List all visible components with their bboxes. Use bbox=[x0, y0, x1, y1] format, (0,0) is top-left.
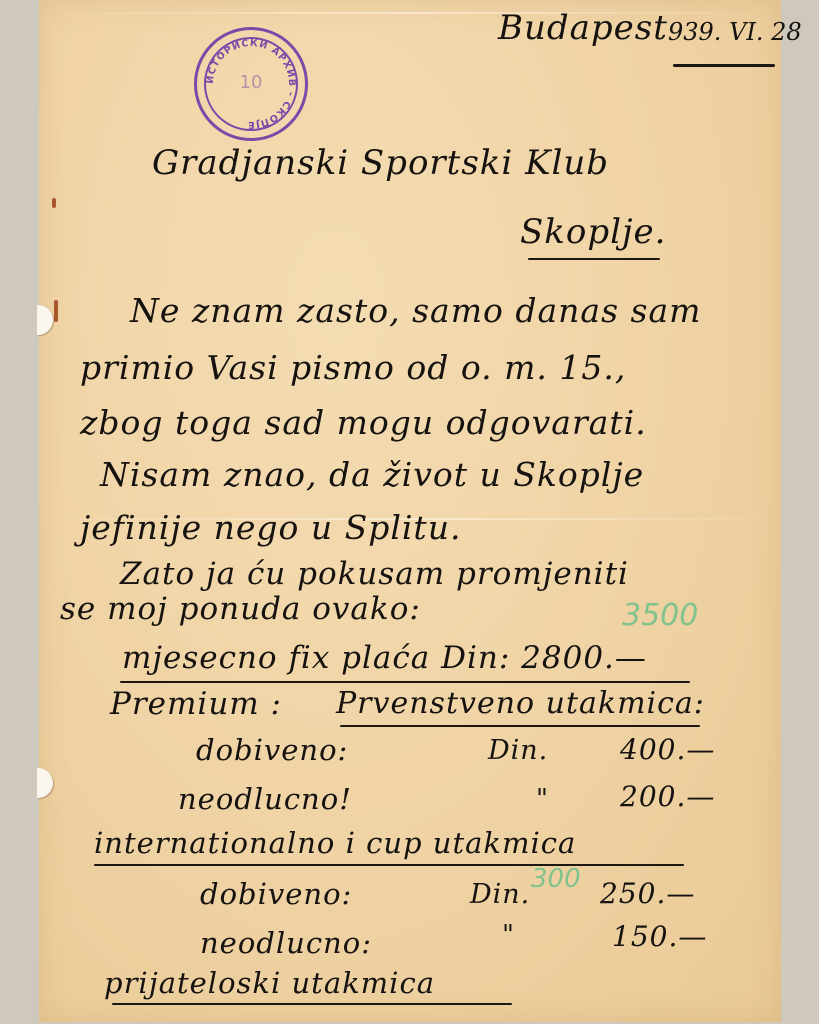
row-label: dobiveno: bbox=[200, 877, 352, 911]
paper-fold bbox=[39, 12, 781, 14]
letter-date: 939. VI. 28 bbox=[668, 18, 802, 46]
date-underline bbox=[673, 64, 775, 67]
rust-mark bbox=[54, 300, 58, 322]
city-underline bbox=[528, 258, 660, 260]
body-line: primio Vasi pismo od o. m. 15., bbox=[80, 348, 626, 387]
salary-underline bbox=[120, 681, 690, 683]
international-heading: internationalno i cup utakmica bbox=[94, 826, 576, 860]
row-currency: " bbox=[502, 920, 515, 950]
body-line: jefinije nego u Splitu. bbox=[80, 508, 461, 547]
row-currency: Din. bbox=[488, 735, 548, 766]
punch-hole bbox=[37, 305, 53, 335]
stamp-number: 10 bbox=[197, 72, 305, 93]
archive-stamp: ИСТОРИСКИ АРХИВ - СКОПЈЕ 10 bbox=[194, 27, 308, 141]
international-underline bbox=[94, 864, 684, 866]
salary-line: mjesecno fix plaća Din: 2800.— bbox=[122, 640, 647, 676]
row-label: neodlucno: bbox=[200, 926, 372, 960]
row-label: neodlucno! bbox=[178, 782, 352, 816]
body-line: Nisam znao, da život u Skoplje bbox=[100, 455, 644, 494]
punch-hole bbox=[37, 768, 53, 798]
row-amount: 250.— bbox=[600, 877, 695, 910]
row-currency: " bbox=[536, 784, 549, 814]
championship-heading: Prvenstveno utakmica: bbox=[336, 686, 705, 721]
body-line: Zato ja ću pokusam promjeniti bbox=[120, 556, 629, 592]
row-amount: 150.— bbox=[612, 920, 707, 953]
row-amount: 200.— bbox=[620, 780, 715, 813]
friendly-heading: prijateloski utakmica bbox=[104, 966, 435, 1000]
championship-underline bbox=[340, 725, 700, 727]
international-annotation: 300 bbox=[531, 864, 581, 894]
recipient-city: Skoplje. bbox=[520, 212, 666, 252]
friendly-underline bbox=[112, 1003, 512, 1005]
body-line: Ne znam zasto, samo danas sam bbox=[130, 291, 701, 330]
place-name: Budapest bbox=[498, 8, 668, 48]
row-label: dobiveno: bbox=[196, 733, 348, 767]
body-line: zbog toga sad mogu odgovarati. bbox=[80, 403, 647, 442]
rust-mark bbox=[52, 198, 56, 208]
body-line: se moj ponuda ovako: bbox=[60, 591, 421, 627]
salary-annotation: 3500 bbox=[622, 598, 698, 633]
recipient-name: Gradjanski Sportski Klub bbox=[152, 143, 609, 183]
row-amount: 400.— bbox=[620, 733, 715, 766]
premium-label: Premium : bbox=[110, 686, 282, 722]
row-currency: Din. bbox=[470, 879, 530, 910]
